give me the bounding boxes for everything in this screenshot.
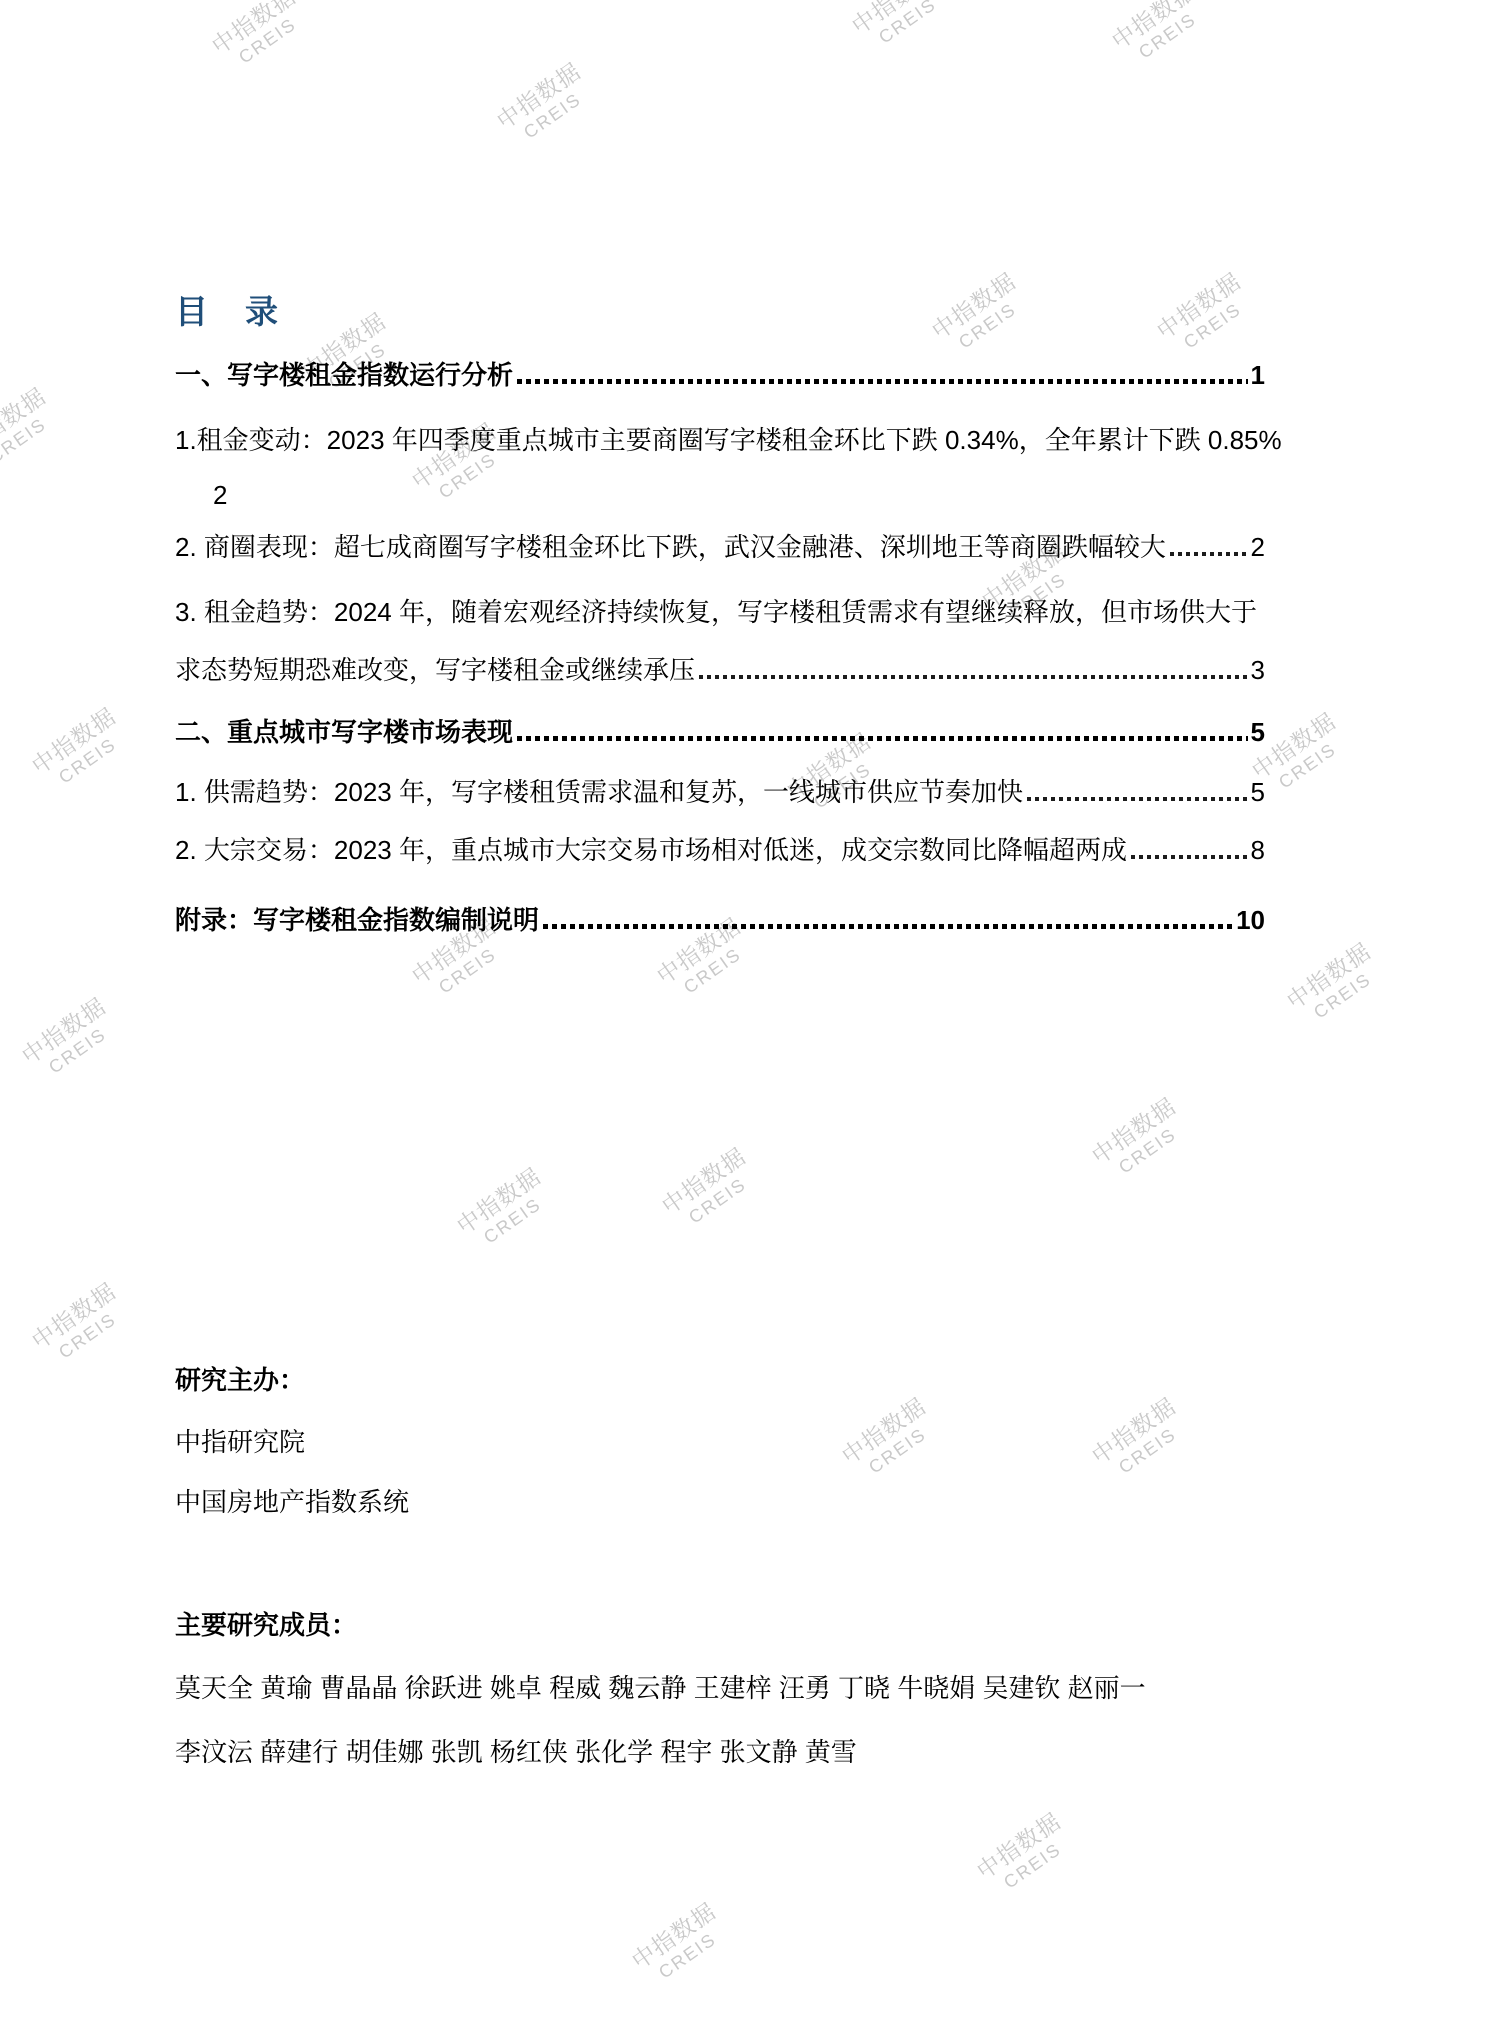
watermark-text-cn: 中指数据 (430, 1148, 568, 1255)
watermark-text-cn: 中指数据 (185, 0, 323, 75)
creis-watermark: 中指数据CREIS (605, 1883, 754, 2007)
toc-entry-text: 3. 租金趋势：2024 年，随着宏观经济持续恢复，写字楼租赁需求有望继续释放，… (175, 592, 1257, 632)
dot-leader (1027, 797, 1248, 801)
watermark-text-cn: 中指数据 (470, 43, 608, 150)
creis-watermark: 中指数据CREIS (0, 978, 145, 1102)
toc-entry-text: 一、写字楼租金指数运行分析 (175, 355, 513, 395)
creis-watermark: 中指数据CREIS (635, 1128, 784, 1252)
watermark-text-cn: 中指数据 (0, 978, 133, 1085)
research-host-org-1: 中指研究院 (175, 1422, 305, 1462)
watermark-text-cn: 中指数据 (635, 1128, 773, 1235)
creis-watermark: 中指数据CREIS (0, 368, 85, 492)
watermark-text-en: CREIS (965, 1814, 1099, 1917)
watermark-text-cn: 中指数据 (1085, 0, 1223, 70)
toc-entry-text: 2. 商圈表现：超七成商圈写字楼租金环比下跌，武汉金融港、深圳地王等商圈跌幅较大 (175, 527, 1166, 567)
toc-entry-text: 附录：写字楼租金指数编制说明 (175, 900, 539, 940)
toc-page-number: 10 (1236, 900, 1265, 940)
toc-entry-text: 1.租金变动：2023 年四季度重点城市主要商圈写字楼租金环比下跌 0.34%，… (175, 420, 1282, 460)
creis-watermark: 中指数据CREIS (1065, 1078, 1214, 1202)
watermark-text-cn: 中指数据 (0, 368, 73, 475)
creis-watermark: 中指数据CREIS (5, 688, 154, 812)
watermark-text-cn: 中指数据 (1260, 923, 1398, 1030)
watermark-text-en: CREIS (200, 0, 334, 92)
creis-watermark: 中指数据CREIS (1065, 1378, 1214, 1502)
watermark-text-cn: 中指数据 (825, 0, 963, 55)
dot-leader (1131, 855, 1248, 859)
watermark-text-cn: 中指数据 (1065, 1378, 1203, 1485)
creis-watermark: 中指数据CREIS (185, 0, 334, 92)
document-page: 中指数据CREIS中指数据CREIS中指数据CREIS中指数据CREIS中指数据… (0, 0, 1488, 2019)
watermark-text-cn: 中指数据 (950, 1793, 1088, 1900)
watermark-text-en: CREIS (1080, 1399, 1214, 1502)
toc-title: 目 录 (175, 286, 280, 333)
watermark-text-en: CREIS (840, 0, 974, 72)
toc-page-number: 2 (213, 475, 227, 515)
watermark-text-cn: 中指数据 (815, 1378, 953, 1485)
toc-page-number: 3 (1251, 650, 1265, 690)
creis-watermark: 中指数据CREIS (815, 1378, 964, 1502)
toc-page-number: 5 (1251, 772, 1265, 812)
watermark-text-cn: 中指数据 (5, 1263, 143, 1370)
creis-watermark: 中指数据CREIS (430, 1148, 579, 1272)
toc-entry-1-1-page-wrap[interactable]: 2 (175, 475, 1303, 515)
watermark-text-en: CREIS (1275, 944, 1409, 1047)
creis-watermark: 中指数据CREIS (1085, 0, 1234, 87)
toc-entry-1-3-line-2[interactable]: 求态势短期恐难改变，写字楼租金或继续承压 3 (175, 650, 1265, 690)
watermark-text-en: CREIS (485, 64, 619, 167)
toc-entry-1-3-line-1[interactable]: 3. 租金趋势：2024 年，随着宏观经济持续恢复，写字楼租赁需求有望继续释放，… (175, 592, 1265, 632)
research-members-label: 主要研究成员： (175, 1605, 357, 1645)
creis-watermark: 中指数据CREIS (470, 43, 619, 167)
watermark-text-en: CREIS (445, 1169, 579, 1272)
toc-entry-section-1[interactable]: 一、写字楼租金指数运行分析 1 (175, 355, 1265, 395)
watermark-text-en: CREIS (620, 1904, 754, 2007)
dot-leader (517, 736, 1248, 741)
creis-watermark: 中指数据CREIS (950, 1793, 1099, 1917)
watermark-text-en: CREIS (1100, 0, 1234, 87)
watermark-text-en: CREIS (20, 709, 154, 812)
research-members-line-2: 李汶沄 薛建行 胡佳娜 张凯 杨红侠 张化学 程宇 张文静 黄雪 (175, 1732, 857, 1772)
creis-watermark: 中指数据CREIS (5, 1263, 154, 1387)
watermark-text-en: CREIS (830, 1399, 964, 1502)
research-members-line-1: 莫天全 黄瑜 曹晶晶 徐跃进 姚卓 程威 魏云静 王建梓 汪勇 丁晓 牛晓娟 吴… (175, 1668, 1146, 1708)
dot-leader (543, 924, 1233, 929)
toc-entry-text: 2. 大宗交易：2023 年，重点城市大宗交易市场相对低迷，成交宗数同比降幅超两… (175, 830, 1127, 870)
watermark-text-cn: 中指数据 (1130, 253, 1268, 360)
toc-entry-section-2[interactable]: 二、重点城市写字楼市场表现 5 (175, 712, 1265, 752)
toc-entry-2-1[interactable]: 1. 供需趋势：2023 年，写字楼租赁需求温和复苏，一线城市供应节奏加快 5 (175, 772, 1265, 812)
dot-leader (517, 379, 1248, 384)
toc-entry-appendix[interactable]: 附录：写字楼租金指数编制说明 10 (175, 900, 1265, 940)
creis-watermark: 中指数据CREIS (1260, 923, 1409, 1047)
watermark-text-en: CREIS (10, 999, 144, 1102)
watermark-text-cn: 中指数据 (5, 688, 143, 795)
toc-page-number: 2 (1251, 527, 1265, 567)
watermark-text-en: CREIS (650, 1149, 784, 1252)
dot-leader (1170, 552, 1248, 556)
watermark-text-en: CREIS (0, 389, 85, 492)
watermark-text-cn: 中指数据 (905, 253, 1043, 360)
research-host-label: 研究主办： (175, 1360, 305, 1400)
toc-entry-text: 求态势短期恐难改变，写字楼租金或继续承压 (175, 650, 695, 690)
watermark-text-en: CREIS (20, 1284, 154, 1387)
toc-entry-1-1-line-1[interactable]: 1.租金变动：2023 年四季度重点城市主要商圈写字楼租金环比下跌 0.34%，… (175, 420, 1265, 460)
toc-page-number: 1 (1251, 355, 1265, 395)
toc-entry-2-2[interactable]: 2. 大宗交易：2023 年，重点城市大宗交易市场相对低迷，成交宗数同比降幅超两… (175, 830, 1265, 870)
research-host-org-2: 中国房地产指数系统 (175, 1482, 409, 1522)
creis-watermark: 中指数据CREIS (825, 0, 974, 72)
toc-page-number: 8 (1251, 830, 1265, 870)
toc-entry-text: 1. 供需趋势：2023 年，写字楼租赁需求温和复苏，一线城市供应节奏加快 (175, 772, 1023, 812)
watermark-text-cn: 中指数据 (605, 1883, 743, 1990)
toc-entry-1-2[interactable]: 2. 商圈表现：超七成商圈写字楼租金环比下跌，武汉金融港、深圳地王等商圈跌幅较大… (175, 527, 1265, 567)
dot-leader (699, 675, 1248, 679)
watermark-text-en: CREIS (1080, 1099, 1214, 1202)
toc-entry-text: 二、重点城市写字楼市场表现 (175, 712, 513, 752)
toc-page-number: 5 (1251, 712, 1265, 752)
watermark-text-cn: 中指数据 (1065, 1078, 1203, 1185)
